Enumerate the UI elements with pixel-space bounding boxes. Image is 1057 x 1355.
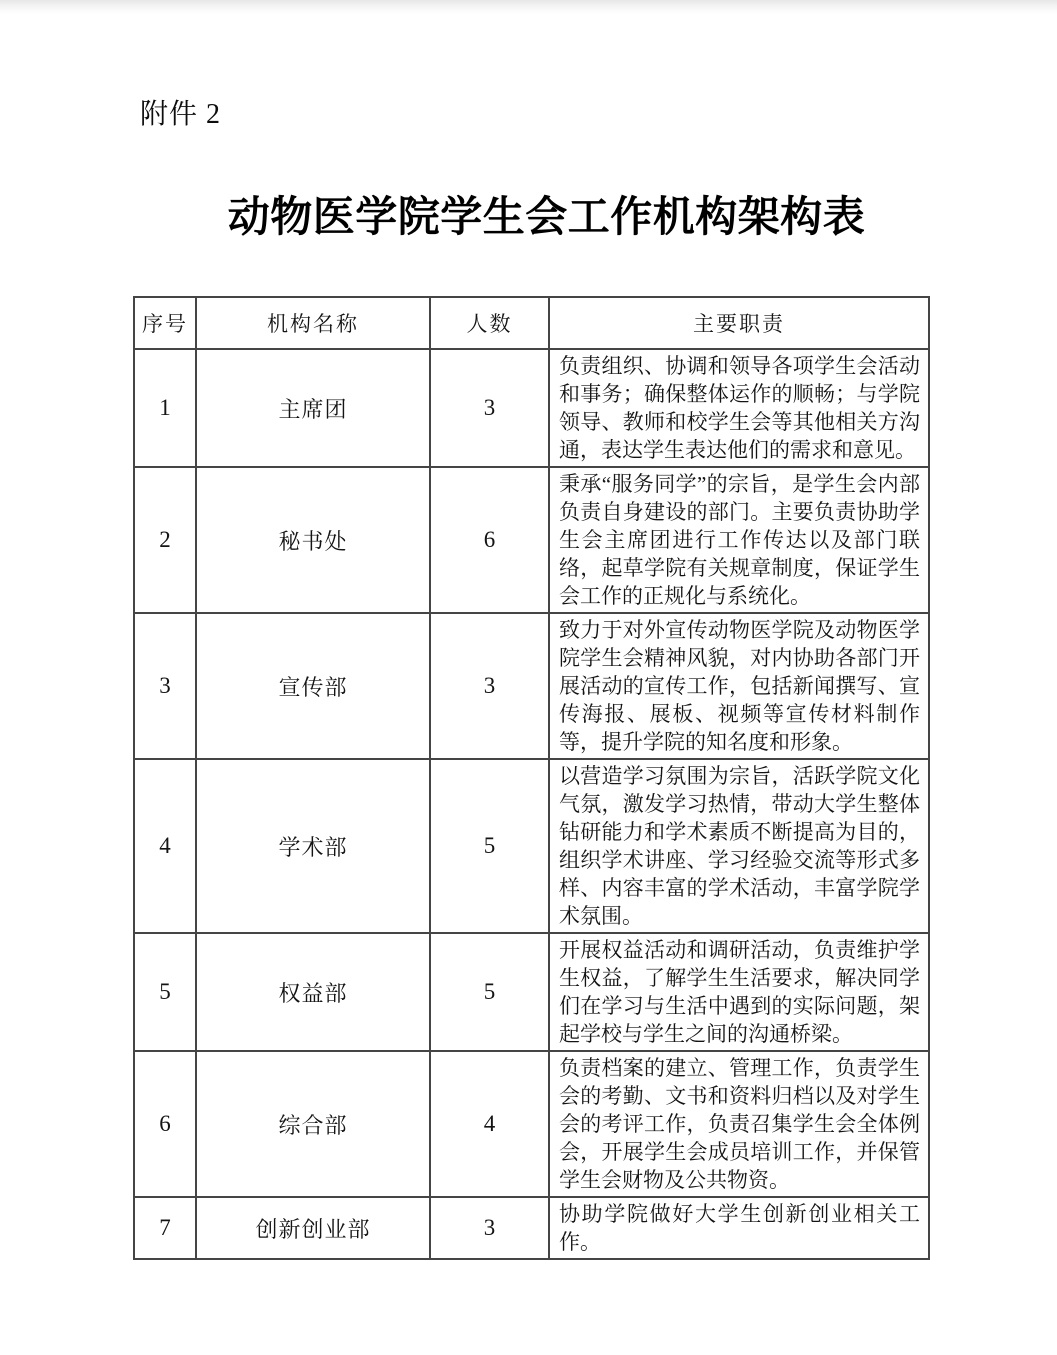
header-main-duties: 主要职责: [549, 297, 929, 349]
table-row: 7 创新创业部 3 协助学院做好大学生创新创业相关工作。: [134, 1197, 929, 1259]
cell-people-count: 3: [430, 1197, 549, 1259]
cell-main-duties: 致力于对外宣传动物医学院及动物医学院学生会精神风貌，对内协助各部门开展活动的宣传…: [549, 613, 929, 759]
cell-serial-number: 1: [134, 349, 196, 467]
cell-serial-number: 3: [134, 613, 196, 759]
table-row: 4 学术部 5 以营造学习氛围为宗旨，活跃学院文化气氛，激发学习热情，带动大学生…: [134, 759, 929, 933]
table-row: 2 秘书处 6 秉承“服务同学”的宗旨，是学生会内部负责自身建设的部门。主要负责…: [134, 467, 929, 613]
cell-organization-name: 创新创业部: [196, 1197, 430, 1259]
cell-people-count: 6: [430, 467, 549, 613]
cell-organization-name: 主席团: [196, 349, 430, 467]
table-row: 6 综合部 4 负责档案的建立、管理工作，负责学生会的考勤、文书和资料归档以及对…: [134, 1051, 929, 1197]
cell-organization-name: 宣传部: [196, 613, 430, 759]
cell-serial-number: 5: [134, 933, 196, 1051]
cell-serial-number: 7: [134, 1197, 196, 1259]
cell-people-count: 3: [430, 349, 549, 467]
cell-main-duties: 协助学院做好大学生创新创业相关工作。: [549, 1197, 929, 1259]
cell-organization-name: 权益部: [196, 933, 430, 1051]
table-row: 3 宣传部 3 致力于对外宣传动物医学院及动物医学院学生会精神风貌，对内协助各部…: [134, 613, 929, 759]
cell-main-duties: 负责组织、协调和领导各项学生会活动和事务；确保整体运作的顺畅；与学院领导、教师和…: [549, 349, 929, 467]
cell-main-duties: 秉承“服务同学”的宗旨，是学生会内部负责自身建设的部门。主要负责协助学生会主席团…: [549, 467, 929, 613]
cell-main-duties: 以营造学习氛围为宗旨，活跃学院文化气氛，激发学习热情，带动大学生整体钻研能力和学…: [549, 759, 929, 933]
cell-people-count: 5: [430, 933, 549, 1051]
header-organization-name: 机构名称: [196, 297, 430, 349]
cell-organization-name: 综合部: [196, 1051, 430, 1197]
header-people-count: 人数: [430, 297, 549, 349]
cell-serial-number: 4: [134, 759, 196, 933]
cell-people-count: 3: [430, 613, 549, 759]
cell-organization-name: 秘书处: [196, 467, 430, 613]
table-row: 1 主席团 3 负责组织、协调和领导各项学生会活动和事务；确保整体运作的顺畅；与…: [134, 349, 929, 467]
cell-main-duties: 负责档案的建立、管理工作，负责学生会的考勤、文书和资料归档以及对学生会的考评工作…: [549, 1051, 929, 1197]
cell-serial-number: 6: [134, 1051, 196, 1197]
cell-organization-name: 学术部: [196, 759, 430, 933]
cell-serial-number: 2: [134, 467, 196, 613]
cell-people-count: 4: [430, 1051, 549, 1197]
attachment-label: 附件 2: [140, 96, 221, 134]
page-title: 动物医学院学生会工作机构架构表: [36, 192, 1057, 244]
table-header-row: 序号 机构名称 人数 主要职责: [134, 297, 929, 349]
page-top-shadow: [0, 0, 1057, 14]
header-serial-number: 序号: [134, 297, 196, 349]
cell-main-duties: 开展权益活动和调研活动，负责维护学生权益，了解学生生活要求，解决同学们在学习与生…: [549, 933, 929, 1051]
cell-people-count: 5: [430, 759, 549, 933]
table-row: 5 权益部 5 开展权益活动和调研活动，负责维护学生权益，了解学生生活要求，解决…: [134, 933, 929, 1051]
org-structure-table: 序号 机构名称 人数 主要职责 1 主席团 3 负责组织、协调和领导各项学生会活…: [133, 296, 930, 1260]
